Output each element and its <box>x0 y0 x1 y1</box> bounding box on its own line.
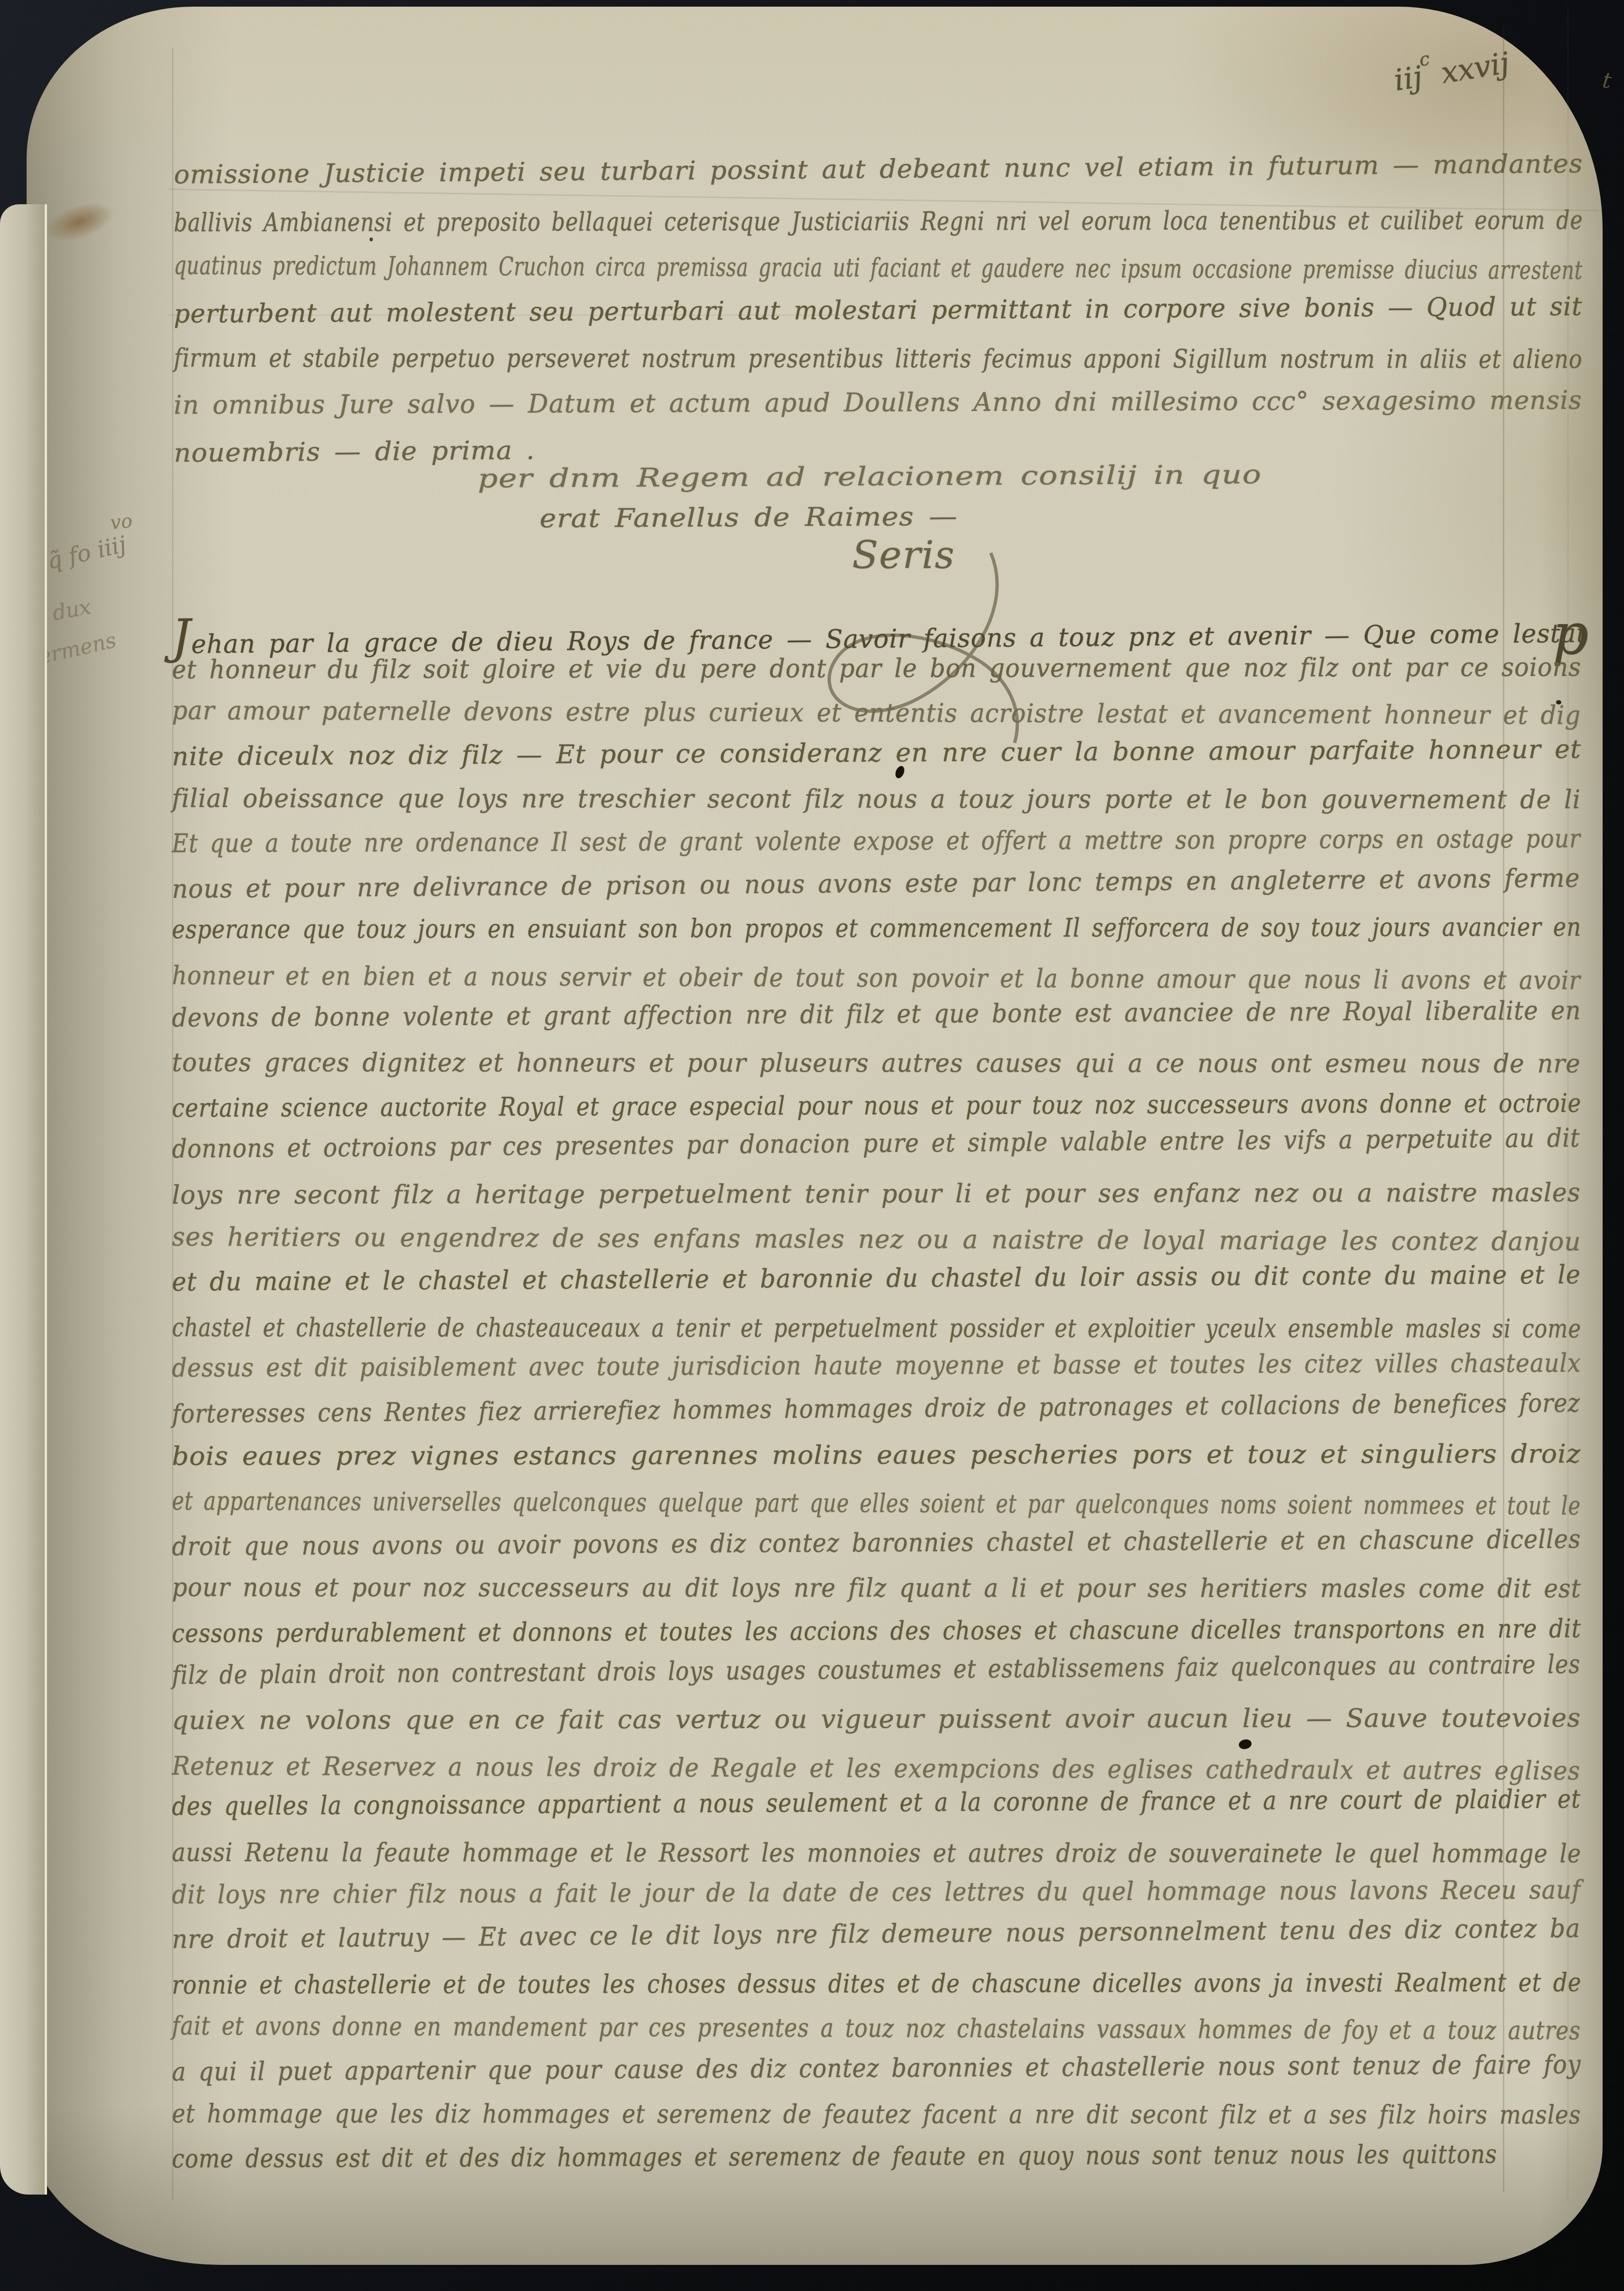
subscription-line: erat Fanellus de Raimes — <box>540 501 958 533</box>
manuscript-line: aussi Retenu la feaute hommage et le Res… <box>172 1837 1581 1869</box>
folio-number: iijc xxvij <box>1392 45 1512 97</box>
manuscript-line: donnons et octroions par ces presentes p… <box>172 1123 1580 1164</box>
folio-tens-units: xxvij <box>1439 45 1512 90</box>
clerk-signature: Seris <box>852 533 955 577</box>
manuscript-line: nre droit et lautruy — Et avec ce le dit… <box>172 1913 1581 1954</box>
ink-blot <box>1238 1738 1253 1750</box>
manuscript-line: filz de plain droit non contrestant droi… <box>172 1649 1581 1690</box>
manuscript-line: Et que a toute nre ordenance Il sest de … <box>172 824 1581 858</box>
ink-blot <box>1556 700 1561 704</box>
manuscript-line: nous et pour nre delivrance de prison ou… <box>172 863 1580 904</box>
manuscript-line: bois eaues prez vignes estancs garennes … <box>172 1439 1581 1471</box>
manuscript-line: come dessus est dit et des diz hommages … <box>172 2139 1497 2174</box>
manuscript-line: filial obeissance que loys nre treschier… <box>172 783 1581 815</box>
manuscript-line: toutes graces dignitez et honneurs et po… <box>172 1047 1581 1079</box>
manuscript-line: nouembris — die prima . <box>174 435 535 468</box>
manuscript-line: cessons perdurablement et donnons et tou… <box>172 1614 1581 1648</box>
manuscript-line: nite diceulx noz diz filz — Et pour ce c… <box>172 734 1581 771</box>
manuscript-line: esperance que touz jours en ensuiant son… <box>172 912 1581 944</box>
manuscript-line: et hommage que les diz hommages et serem… <box>172 2099 1581 2130</box>
manuscript-line: quiex ne volons que en ce fait cas vertu… <box>172 1703 1581 1735</box>
manuscript-line: et appartenances universelles quelconque… <box>172 1486 1581 1521</box>
manuscript-line: fait et avons donne en mandement par ces… <box>172 2011 1581 2045</box>
manuscript-line: loys nre secont filz a heritage perpetue… <box>172 1178 1581 1210</box>
left-margin-ruling <box>172 48 173 2200</box>
manuscript-line: ses heritiers ou engendrez de ses enfans… <box>172 1222 1581 1256</box>
manuscript-line: chastel et chastellerie de chasteauceaux… <box>172 1312 1581 1344</box>
manuscript-line: devons de bonne volente et grant affecti… <box>172 995 1581 1033</box>
margin-note: q̃ fo iiij <box>45 531 129 575</box>
manuscript-line: des quelles la congnoissance appartient … <box>172 1784 1581 1821</box>
manuscript-line: a qui il puet appartenir que pour cause … <box>172 2049 1581 2087</box>
manuscript-line: ballivis Ambianensi et preposito bellaqu… <box>174 205 1583 238</box>
manuscript-line: et du maine et le chastel et chastelleri… <box>172 1259 1581 1297</box>
manuscript-line: droit que nous avons ou avoir povons es … <box>172 1524 1581 1561</box>
manuscript-line: par amour paternelle devons estre plus c… <box>172 695 1581 730</box>
folio-hundreds: iij <box>1392 59 1425 97</box>
manuscript-line: et honneur du filz soit gloire et vie du… <box>172 652 1581 684</box>
manuscript-line: dessus est dit paisiblement avec toute j… <box>172 1348 1581 1383</box>
photograph-backdrop: iijc xxvij t omissione Justicie impeti s… <box>0 0 1624 2291</box>
manuscript-line: honneur et en bien et a nous servir et o… <box>172 960 1581 995</box>
edge-mark: t <box>1601 67 1613 94</box>
manuscript-line: perturbent aut molestent seu perturbari … <box>174 291 1583 329</box>
manuscript-line: ronnie et chastellerie et de toutes les … <box>172 1968 1582 2000</box>
margin-note: vo <box>109 510 133 534</box>
manuscript-line: quatinus predictum Johannem Cruchon circ… <box>174 250 1583 285</box>
manuscript-line: in omnibus Jure salvo — Datum et actum a… <box>174 385 1582 420</box>
manuscript-line: pour nous et pour noz successeurs au dit… <box>172 1572 1581 1604</box>
manuscript-line: firmum et stabile perpetuo perseveret no… <box>174 343 1583 374</box>
manuscript-line: Retenuz et Reservez a nous les droiz de … <box>172 1751 1580 1786</box>
manuscript-line: certaine science auctorite Royal et grac… <box>172 1088 1582 1123</box>
manuscript-line: dit loys nre chier filz nous a fait le j… <box>172 1875 1581 1910</box>
manuscript-page: iijc xxvij t omissione Justicie impeti s… <box>27 7 1603 2265</box>
adjacent-page-edge <box>0 204 47 2195</box>
manuscript-line: forteresses cens Rentes fiez arrierefiez… <box>172 1388 1580 1429</box>
manuscript-line: omissione Justicie impeti seu turbari po… <box>174 149 1583 190</box>
subscription-line: per dnm Regem ad relacionem consilij in … <box>478 459 1262 494</box>
ink-blot <box>370 238 373 241</box>
